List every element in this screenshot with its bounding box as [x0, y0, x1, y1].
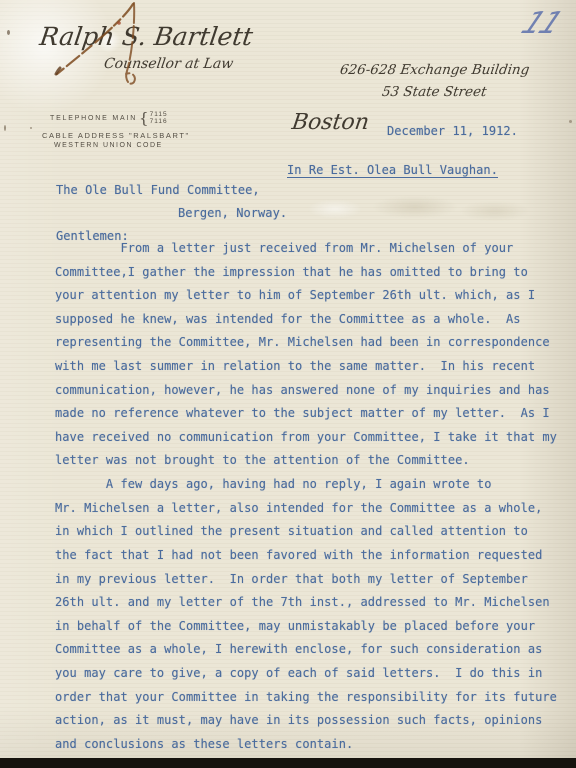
telephone-number-2: 7116 [150, 118, 168, 125]
letter-line: letter was not brought to the attention … [55, 453, 570, 477]
letterhead-cable-address: CABLE ADDRESS "RALSBART" [42, 131, 190, 140]
telephone-label: TELEPHONE MAIN [50, 115, 137, 122]
letter-date: December 11, 1912. [387, 124, 518, 138]
letterhead-telephone: TELEPHONE MAIN { 7115 7116 [50, 109, 168, 127]
subject-line: In Re Est. Olea Bull Vaughan. [287, 163, 498, 177]
letter-line: A few days ago, having had no reply, I a… [55, 477, 570, 501]
letter-line: 26th ult. and my letter of the 7th inst.… [55, 595, 570, 619]
letter-line: communication, however, he has answered … [55, 383, 570, 407]
letter-line: made no reference whatever to the subjec… [55, 406, 570, 430]
letter-page: 11 Ralph S. Bartlett Counsellor at Law T… [0, 0, 576, 768]
letter-line: representing the Committee, Mr. Michelse… [55, 335, 570, 359]
embossed-stamp [305, 183, 535, 235]
letter-line: From a letter just received from Mr. Mic… [55, 241, 570, 265]
letter-line: in behalf of the Committee, may unmistak… [55, 619, 570, 643]
letter-body: From a letter just received from Mr. Mic… [55, 241, 570, 760]
letter-line: with me last summer in relation to the s… [55, 359, 570, 383]
recipient-line2: Bergen, Norway. [178, 206, 287, 220]
letter-line: in my previous letter. In order that bot… [55, 572, 570, 596]
letter-line: in which I outlined the present situatio… [55, 524, 570, 548]
paper-speck [569, 120, 572, 123]
letterhead-city: Boston [290, 110, 370, 135]
letter-line: Committee as a whole, I herewith enclose… [55, 642, 570, 666]
letter-line: you may care to give, a copy of each of … [55, 666, 570, 690]
letter-line: supposed he knew, was intended for the C… [55, 312, 570, 336]
scan-edge-bar [0, 758, 576, 768]
page-number-pencil: 11 [515, 6, 566, 41]
paper-speck [4, 125, 6, 131]
letterhead-title: Counsellor at Law [103, 56, 234, 72]
letter-line: your attention my letter to him of Septe… [55, 288, 570, 312]
paper-corner-highlight [0, 0, 120, 120]
telephone-number-1: 7115 [150, 111, 168, 118]
recipient-line1: The Ole Bull Fund Committee, [56, 183, 260, 197]
telephone-numbers: 7115 7116 [150, 111, 168, 125]
letter-line: the fact that I had not been favored wit… [55, 548, 570, 572]
paper-speck [7, 30, 10, 35]
letter-line: order that your Committee in taking the … [55, 690, 570, 714]
letter-line: Committee,I gather the impression that h… [55, 265, 570, 289]
letter-line: Mr. Michelsen a letter, also intended fo… [55, 501, 570, 525]
letter-line: have received no communication from your… [55, 430, 570, 454]
paper-speck [30, 127, 32, 129]
brace-glyph: { [139, 109, 149, 127]
letterhead-name: Ralph S. Bartlett [38, 22, 255, 51]
letterhead-cable-code: WESTERN UNION CODE [54, 142, 163, 149]
letterhead-address-line1: 626-628 Exchange Building [339, 62, 531, 78]
letterhead-address-line2: 53 State Street [381, 84, 488, 100]
letter-line: and conclusions as these letters contain… [55, 737, 570, 761]
letter-line: action, as it must, may have in its poss… [55, 713, 570, 737]
